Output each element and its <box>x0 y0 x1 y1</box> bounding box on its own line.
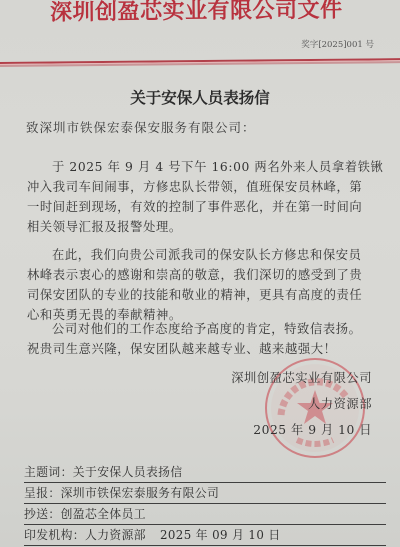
company-letterhead-title: 深圳创盈芯实业有限公司文件 <box>50 0 350 27</box>
signature-date: 2025 年 9 月 10 日 <box>231 417 372 443</box>
footer-issue-date: 2025 年 09 月 10 日 <box>160 528 281 542</box>
paragraph-line: 祝贵司生意兴隆，保安团队越来越专业、越来越强大！ <box>27 339 377 359</box>
footer-value: 深圳市铁保宏泰服务有限公司 <box>61 486 220 500</box>
paragraph-line: 一时间赶到现场，有效的控制了事件恶化，并在第一时间向 <box>27 197 377 217</box>
signature-company: 深圳创盈芯实业有限公司 <box>231 365 372 391</box>
salutation: 致深圳市铁保宏泰保安服务有限公司： <box>26 118 256 136</box>
footer-label: 呈报： <box>24 486 61 500</box>
signature-block: 深圳创盈芯实业有限公司 人力资源部 2025 年 9 月 10 日 <box>231 365 372 443</box>
document-page: 深圳创盈芯实业有限公司文件 奖字[2025]001 号 关于安保人员表扬信 致深… <box>0 0 400 547</box>
paragraph-line: 在此，我们向贵公司派我司的保安队长方修忠和保安员 <box>27 245 377 265</box>
footer-label: 印发机构： <box>24 528 85 542</box>
paragraph-line: 公司对他们的工作态度给予高度的肯定，特致信表扬。 <box>27 319 377 339</box>
signature-department: 人力资源部 <box>231 391 372 417</box>
footer-row-issuer: 印发机构：人力资源部2025 年 09 月 10 日 <box>24 525 386 546</box>
footer-row-report-to: 呈报：深圳市铁保宏泰服务有限公司 <box>24 483 386 504</box>
paragraph-closing: 公司对他们的工作态度给予高度的肯定，特致信表扬。 祝贵司生意兴隆，保安团队越来越… <box>27 319 377 359</box>
footer-row-subject: 主题词：关于安保人员表扬信 <box>24 462 386 483</box>
paragraph-line: 相关领导汇报及报警处理。 <box>27 217 377 237</box>
document-number: 奖字[2025]001 号 <box>301 38 374 50</box>
paragraph-thanks: 在此，我们向贵公司派我司的保安队长方修忠和保安员 林峰表示衷心的感谢和崇高的敬意… <box>27 245 377 325</box>
paragraph-line: 冲入我司车间闹事，方修忠队长带领，值班保安员林峰，第 <box>27 177 377 197</box>
paragraph-line: 林峰表示衷心的感谢和崇高的敬意，我们深切的感受到了贵 <box>27 265 377 285</box>
paragraph-incident: 于 2025 年 9 月 4 号下午 16:00 两名外来人员拿着铁锹 冲入我司… <box>27 157 377 237</box>
document-footer-table: 主题词：关于安保人员表扬信 呈报：深圳市铁保宏泰服务有限公司 抄送：创盈芯全体员… <box>24 462 386 546</box>
footer-value: 关于安保人员表扬信 <box>73 465 183 479</box>
footer-label: 主题词： <box>24 465 73 479</box>
letter-title: 关于安保人员表扬信 <box>0 86 400 108</box>
footer-value: 人力资源部 <box>85 528 146 542</box>
footer-row-cc: 抄送：创盈芯全体员工 <box>24 504 386 525</box>
footer-label: 抄送： <box>24 507 61 521</box>
footer-value: 创盈芯全体员工 <box>61 507 146 521</box>
letterhead-red-divider <box>0 58 400 67</box>
paragraph-line: 于 2025 年 9 月 4 号下午 16:00 两名外来人员拿着铁锹 <box>27 157 377 177</box>
paragraph-line: 司保安团队的专业的技能和敬业的精神，更具有高度的责任 <box>27 285 377 305</box>
